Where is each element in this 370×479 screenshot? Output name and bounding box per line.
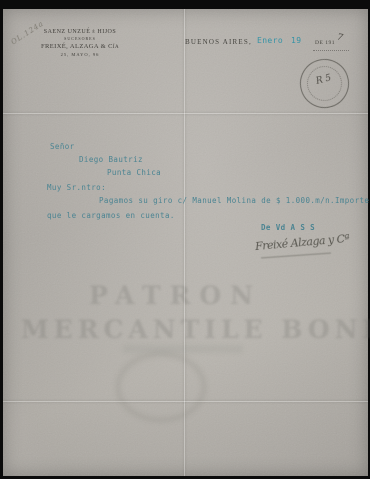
letterhead-firm-current: FREIXÉ, ALZAGA & Cía <box>39 43 121 50</box>
body-line2: que le cargamos en cuenta. <box>47 211 175 220</box>
addressee-name: Diego Bautriz <box>79 155 143 164</box>
dateline-printed-year-prefix: DE 191 <box>315 40 335 46</box>
closing-valediction: De Vd A S S <box>261 223 315 232</box>
watermark-line2: MERCANTILE BOND <box>21 315 370 344</box>
dateline-city: BUENOS AIRES, <box>185 38 252 46</box>
handwritten-signature: Freixé Alzaga y Cª <box>255 232 350 253</box>
watermark-ghost-emblem <box>115 351 207 423</box>
circular-ink-stamp: R 5 <box>295 54 354 113</box>
horizontal-fold-crease-bottom <box>3 401 368 402</box>
greeting: Muy Sr.ntro: <box>47 183 106 192</box>
letter-paper: PATRON MERCANTILE BOND OL.124a SAENZ UNZ… <box>3 9 368 476</box>
salutation-title: Señor <box>50 142 75 151</box>
watermark-line1: PATRON <box>89 281 262 310</box>
letterhead: SAENZ UNZUÉ é HIJOS SUCESORES FREIXÉ, AL… <box>39 29 121 57</box>
letterhead-successors-label: SUCESORES <box>39 36 121 41</box>
dateline-day-typed: 19 <box>291 36 301 45</box>
signature-flourish <box>261 253 331 259</box>
dateline-month-typed: Enero <box>257 36 283 45</box>
dateline-handwritten-year-digit: 7 <box>336 33 344 44</box>
vertical-fold-crease <box>184 9 185 476</box>
watermark-ghost-bar <box>123 345 243 353</box>
addressee-place: Punta Chica <box>107 168 161 177</box>
horizontal-fold-crease-top <box>3 113 368 114</box>
dateline-dotted-rule <box>313 50 349 51</box>
body-line1: Pagamos su giro c/ Manuel Molina de $ 1.… <box>99 196 369 205</box>
letterhead-firm-original: SAENZ UNZUÉ é HIJOS <box>39 29 121 35</box>
letterhead-address: 25, MAYO, 96 <box>39 52 121 57</box>
